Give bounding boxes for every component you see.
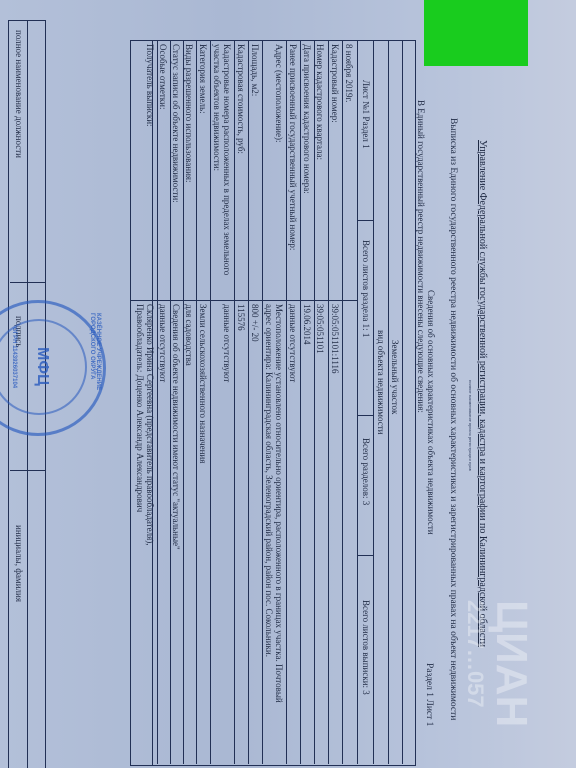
field-label-address: Адрес (местоположение): xyxy=(274,44,284,142)
field-value-cadastral-value: 115576 xyxy=(236,304,246,331)
table-rule xyxy=(357,40,358,764)
field-label-assignment-date: Дата присвоения кадастрового номера: xyxy=(302,44,312,194)
field-value-cadastral-number: 39:05:051101:1116 xyxy=(330,304,340,374)
table-rule xyxy=(358,555,374,556)
table-rule xyxy=(183,40,184,764)
field-label-contained-objects-line2: участка объектов недвижимости: xyxy=(212,44,222,171)
field-value-assignment-date: 19.06.2014 xyxy=(302,304,312,345)
field-label-contained-objects: Кадастровые номера расположенных в преде… xyxy=(222,44,232,275)
total-sheets-section: Всего листов раздела 1: 1 xyxy=(361,240,371,337)
field-value-quarter: 39:05:051101 xyxy=(315,304,325,354)
table-rule xyxy=(388,40,389,764)
table-rule xyxy=(157,40,158,764)
document-sheet: Управление Федеральной службы государств… xyxy=(0,0,576,768)
field-label-recipient: Получатель выписки: xyxy=(145,44,155,127)
table-rule xyxy=(248,40,249,764)
field-value-contained-objects: данные отсутствуют xyxy=(222,304,232,382)
field-label-previous-number: Ранее присвоенный государственный учетны… xyxy=(288,44,298,250)
watermark-logo: ЦИАН xyxy=(486,600,536,727)
object-type-caption: вид объекта недвижимости xyxy=(376,330,386,434)
official-stamp: МФЦ КАЗЁННОЕ УЧРЕЖДЕНИЕ ГОРОДСКОГО ОКРУГ… xyxy=(0,300,106,436)
object-type: Земельный участок xyxy=(390,340,400,414)
extract-date: 8 ноября 2019г. xyxy=(344,44,354,102)
field-value-special-notes: данные отсутствуют xyxy=(158,304,168,382)
table-rule xyxy=(314,40,315,764)
document-subtitle: Сведения об основных характеристиках объ… xyxy=(425,290,436,535)
field-label-permitted-use: Виды разрешенного использования: xyxy=(184,44,194,183)
table-rule xyxy=(358,220,374,221)
stamp-ogrn: ОГРН 1143926037104 xyxy=(11,327,17,388)
table-rule xyxy=(170,40,171,764)
field-value-previous-number: данные отсутствуют xyxy=(288,304,298,382)
field-value-recipient: Скляренко Ирина Сергеевна (представитель… xyxy=(145,304,155,545)
table-rule xyxy=(286,40,287,764)
document-title: Выписка из Единого государственного реес… xyxy=(447,118,458,720)
total-sections: Всего разделов: 3 xyxy=(361,438,371,505)
table-rule xyxy=(262,40,263,764)
field-value-record-status: Сведения об объекте недвижимости имеют с… xyxy=(171,304,181,550)
name-caption: инициалы, фамилия xyxy=(14,525,24,602)
position-caption: полное наименование должности xyxy=(14,30,24,158)
field-value-address: Местоположение установлено относительно … xyxy=(274,304,284,703)
field-label-land-category: Категория земель: xyxy=(198,44,208,114)
field-value-permitted-use: для садоводства xyxy=(184,304,194,366)
table-rule xyxy=(210,40,211,764)
column-divider xyxy=(10,282,46,283)
agency-name: Управление Федеральной службы государств… xyxy=(477,140,488,647)
field-label-special-notes: Особые отметки: xyxy=(158,44,168,110)
field-label-quarter: Номер кадастрового квартала: xyxy=(315,44,325,160)
section-reference: Раздел 1 Лист 1 xyxy=(423,663,434,726)
field-label-record-status: Статус записи об объекте недвижимости: xyxy=(171,44,181,203)
agency-caption: полное наименование органа регистрации п… xyxy=(465,380,476,471)
intro-text: В Единый государственный реестр недвижим… xyxy=(415,100,426,413)
column-divider xyxy=(10,470,46,471)
field-label-cadastral-number: Кадастровый номер: xyxy=(330,44,340,123)
table-rule xyxy=(342,40,343,764)
field-value-address-line2: адрес ориентира: Калининградская область… xyxy=(264,304,274,657)
table-rule xyxy=(358,415,374,416)
field-value-area: 800 +/- 20 xyxy=(250,304,260,342)
field-label-cadastral-value: Кадастровая стоимость, руб: xyxy=(236,44,246,154)
field-label-area: Площадь, м2: xyxy=(250,44,260,96)
stamp-center-text: МФЦ xyxy=(33,347,51,386)
table-rule xyxy=(328,40,329,764)
table-rule xyxy=(196,40,197,764)
watermark-number: 2217…057 xyxy=(462,600,488,708)
table-rule xyxy=(402,40,403,764)
column-divider xyxy=(131,300,157,301)
field-value-land-category: Земли сельскохозяйственного назначения xyxy=(198,304,208,463)
field-value-owner: Правообладатель: Доценко Александр Алекс… xyxy=(135,304,145,512)
sheet-section: Лист №1 Раздел 1 xyxy=(361,80,371,149)
total-sheets-extract: Всего листов выписки: 3 xyxy=(361,600,371,695)
table-rule xyxy=(234,40,235,764)
table-rule xyxy=(300,40,301,764)
stamp-ring-text: КАЗЁННОЕ УЧРЕЖДЕНИЕ ГОРОДСКОГО ОКРУГА xyxy=(89,313,101,433)
table-rule xyxy=(373,40,374,764)
